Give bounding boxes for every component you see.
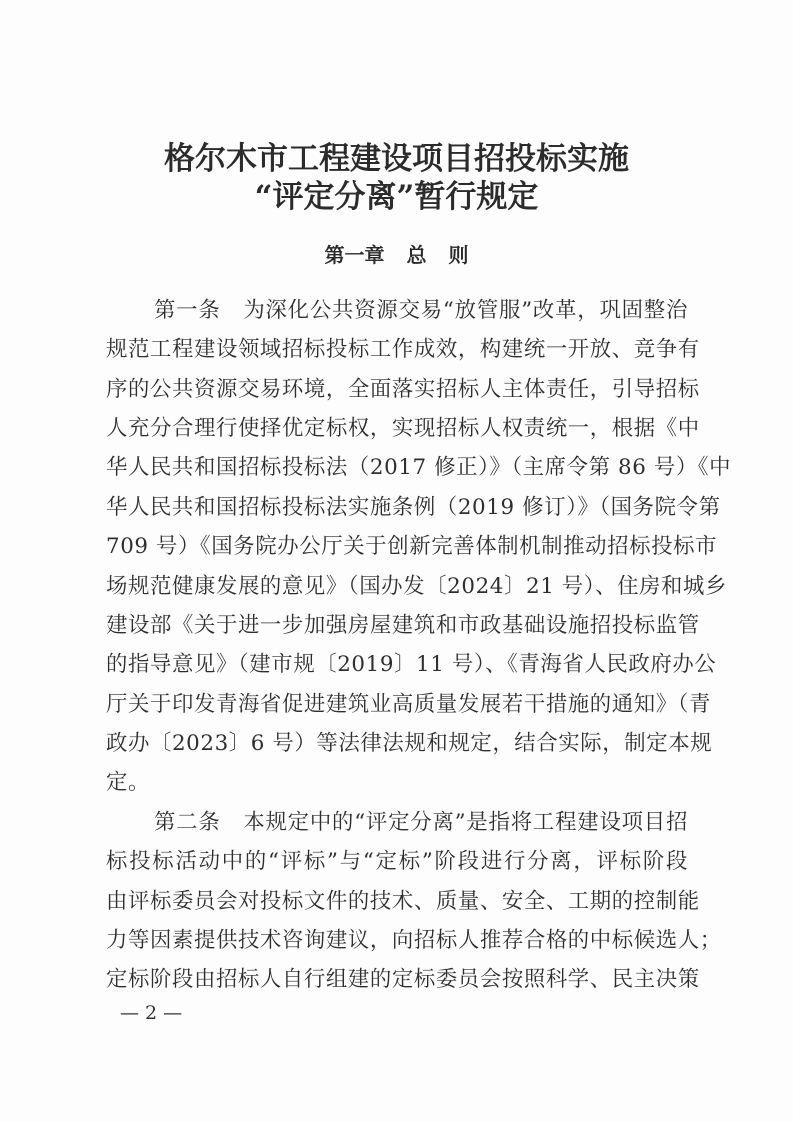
article-1-line-3: 序的公共资源交易环境，全面落实招标人主体责任，引导招标: [106, 370, 688, 409]
article-2-line-5: 定标阶段由招标人自行组建的定标委员会按照科学、民主决策: [106, 960, 688, 999]
article-1-line-8: 场规范健康发展的意见》（国办发〔2024〕21 号）、住房和城乡: [106, 567, 688, 606]
article-1-line-10: 的指导意见》（建市规〔2019〕11 号）、《青海省人民政府办公: [106, 645, 688, 684]
chapter-number: 第一章: [325, 240, 385, 270]
article-1-line-1: 第一条 为深化公共资源交易“放管服”改革，巩固整治: [154, 291, 688, 330]
article-1-line-13: 定。: [106, 763, 688, 802]
chapter-word-1: 总: [407, 240, 427, 270]
document-page: 格尔木市工程建设项目招投标实施 “评定分离”暂行规定 第一章总则 第一条 为深化…: [0, 0, 793, 1122]
chapter-heading: 第一章总则: [0, 240, 793, 270]
article-2-line-2: 标投标活动中的“评标”与“定标”阶段进行分离，评标阶段: [106, 842, 688, 881]
document-title-line1: 格尔木市工程建设项目招投标实施: [0, 140, 793, 178]
article-1-line-11: 厅关于印发青海省促进建筑业高质量发展若干措施的通知》（青: [106, 685, 688, 724]
article-1-line-7: 709 号）《国务院办公厅关于创新完善体制机制推动招标投标市: [106, 527, 688, 566]
article-1-line-5: 华人民共和国招标投标法（2017 修正）》（主席令第 86 号）《中: [106, 448, 688, 487]
page-number: — 2 —: [120, 998, 182, 1028]
article-1-line-4: 人充分合理行使择优定标权，实现招标人权责统一，根据《中: [106, 409, 688, 448]
article-2-line-4: 力等因素提供技术咨询建议，向招标人推荐合格的中标候选人；: [106, 921, 688, 960]
chapter-word-2: 则: [449, 240, 469, 270]
article-1-line-9: 建设部《关于进一步加强房屋建筑和市政基础设施招投标监管: [106, 606, 688, 645]
article-1-label: 第一条: [154, 298, 221, 323]
document-title-line2: “评定分离”暂行规定: [0, 178, 793, 216]
article-1-line-12: 政办〔2023〕6 号）等法律法规和规定，结合实际，制定本规: [106, 724, 688, 763]
article-1-line-2: 规范工程建设领域招标投标工作成效，构建统一开放、竞争有: [106, 330, 688, 369]
article-1-line-6: 华人民共和国招标投标法实施条例（2019 修订）》（国务院令第: [106, 488, 688, 527]
article-2-line-1: 第二条 本规定中的“评定分离”是指将工程建设项目招: [154, 803, 688, 842]
article-2-label: 第二条: [154, 810, 221, 835]
article-2-line-3: 由评标委员会对投标文件的技术、质量、安全、工期的控制能: [106, 882, 688, 921]
